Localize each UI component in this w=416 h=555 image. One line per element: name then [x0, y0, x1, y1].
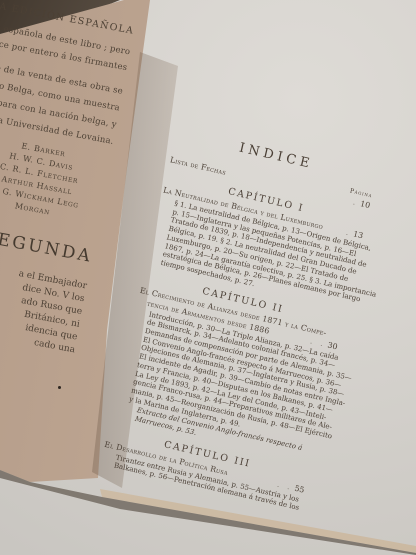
page-number: 10: [359, 199, 371, 210]
page-number: 30: [327, 340, 339, 351]
signatories-list: E. Barker H. W. C. Davis C. R. L. Fletch…: [0, 132, 111, 227]
book-photo: IO DE LA EDICIÓN ESPAÑOLA traducción esp…: [0, 0, 416, 555]
page-number: 13: [352, 229, 364, 240]
ink-speck: [58, 386, 61, 389]
page-number: 55: [294, 483, 306, 494]
